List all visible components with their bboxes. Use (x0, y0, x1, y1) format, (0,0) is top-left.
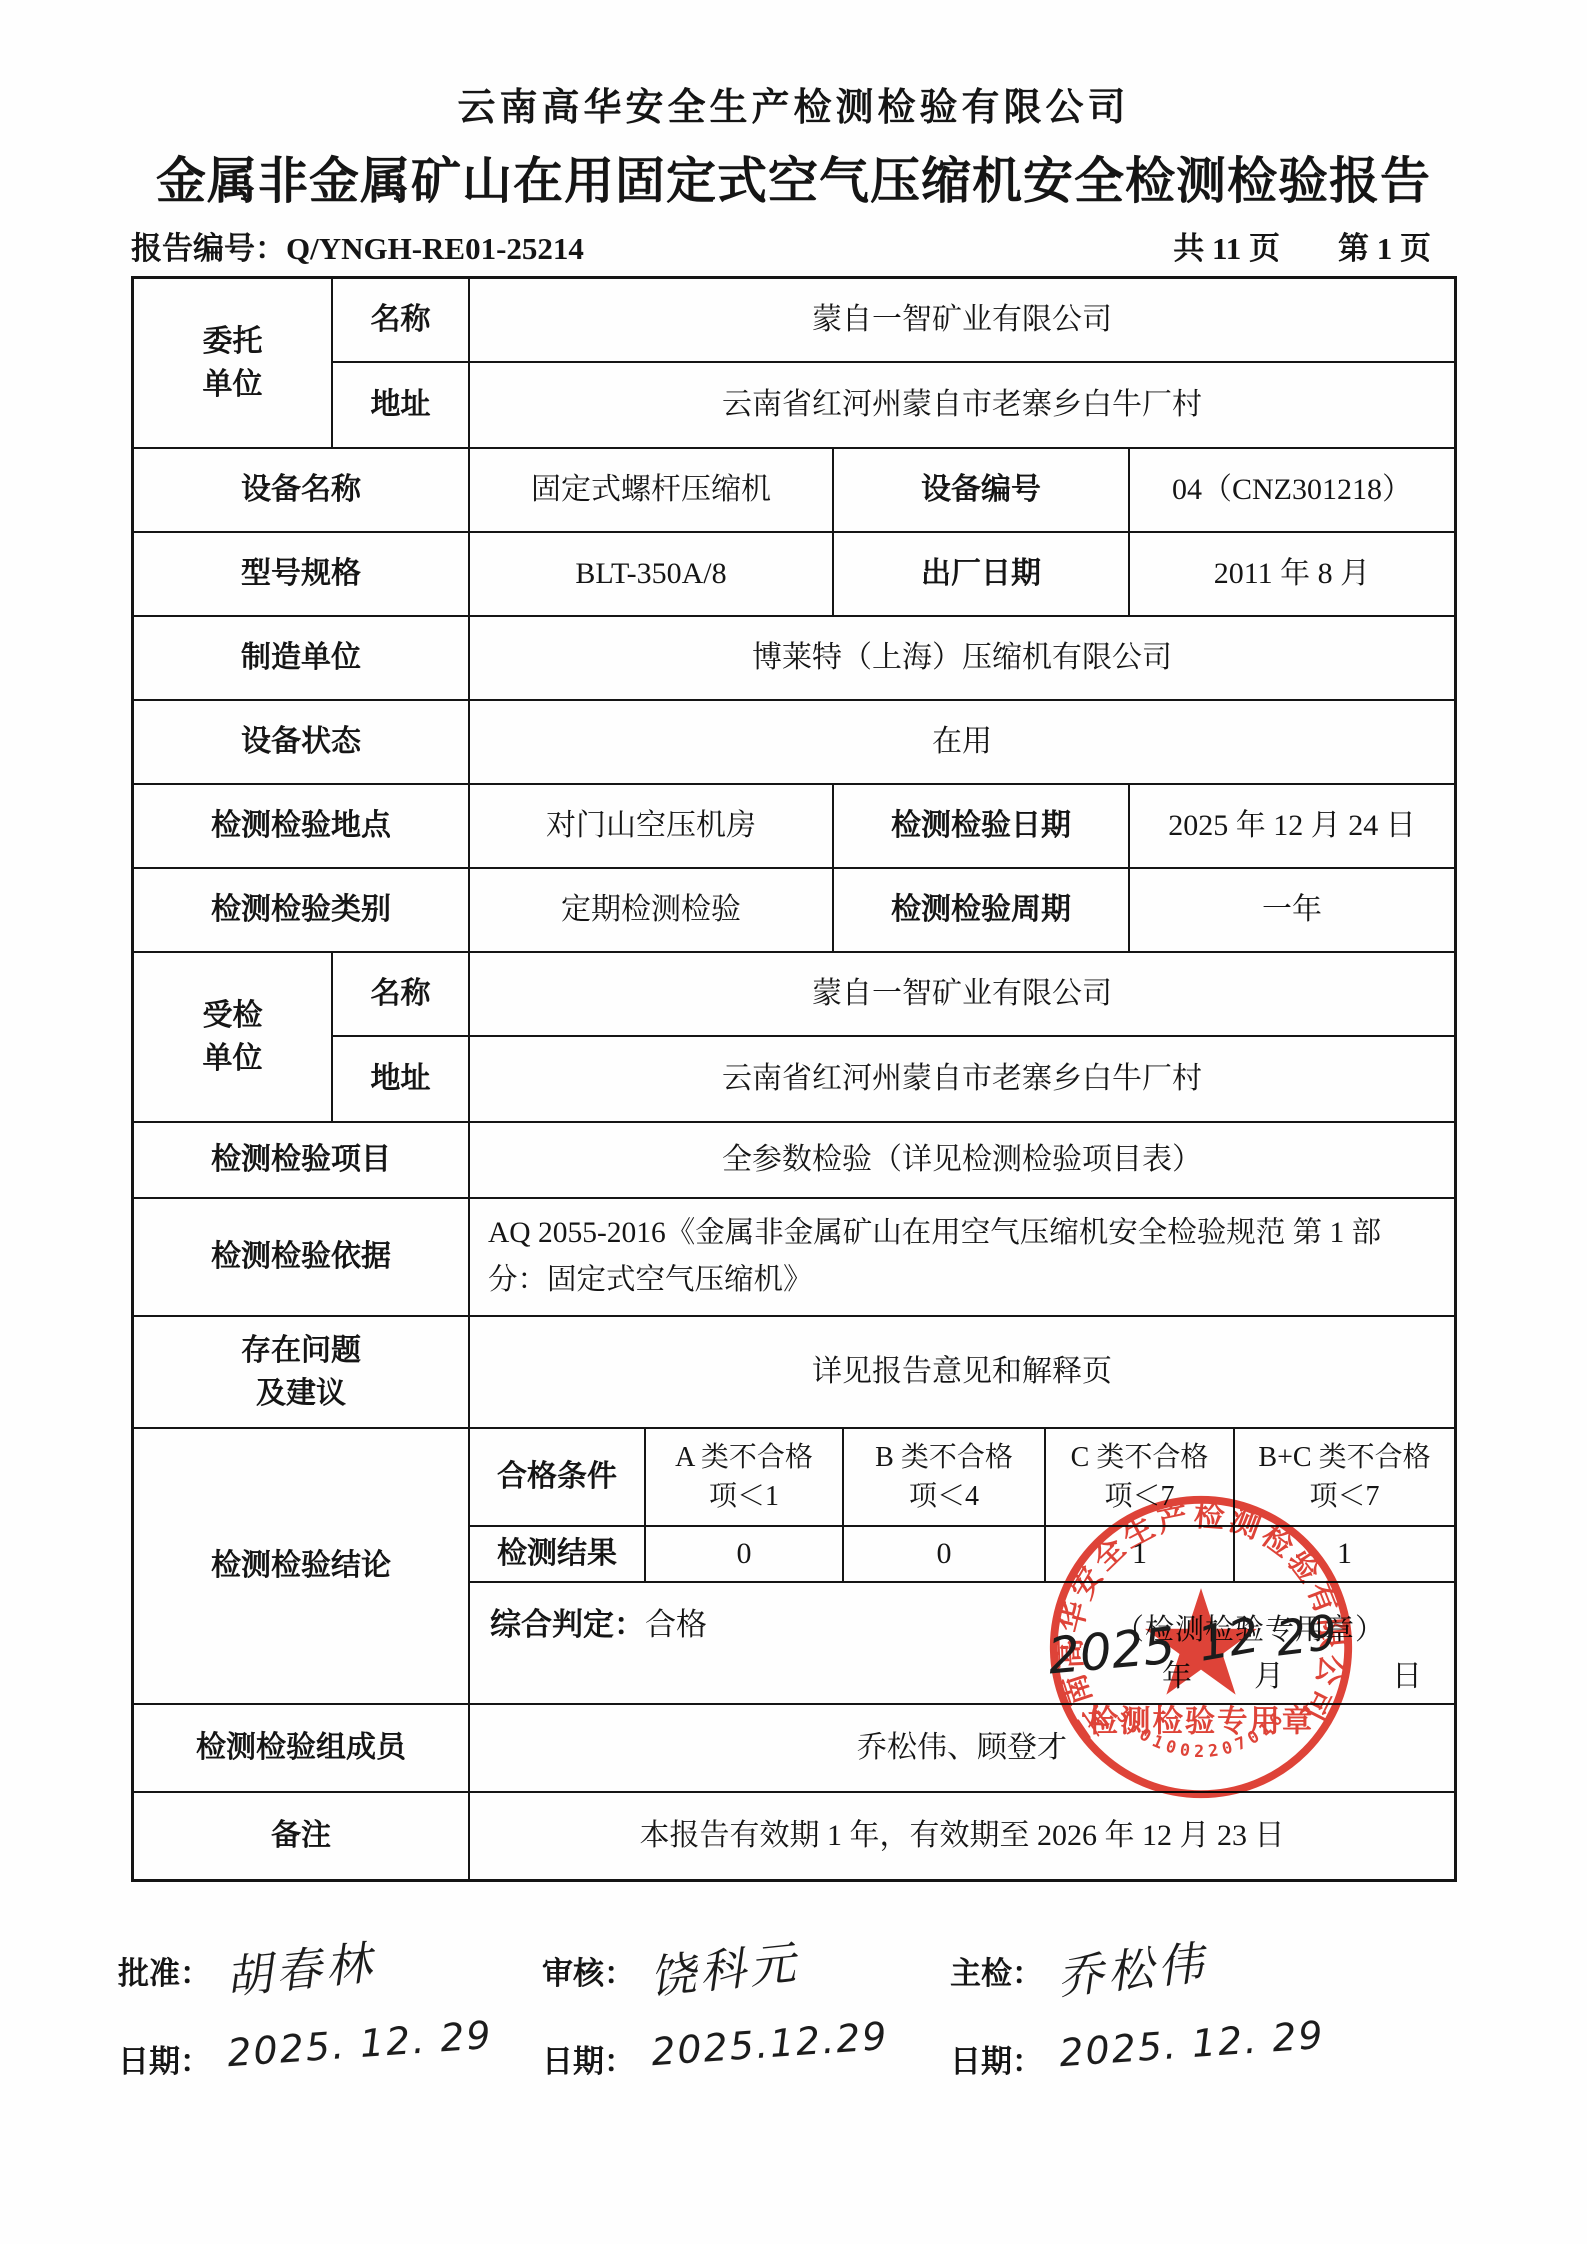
inspected-name-value: 蒙自一智矿业有限公司 (470, 953, 1454, 1035)
manufacturer-value: 博莱特（上海）压缩机有限公司 (470, 617, 1454, 699)
review-label: 审核： (542, 1934, 635, 1993)
status-value: 在用 (470, 701, 1454, 783)
approve-date-label: 日期： (118, 2022, 211, 2081)
inspected-addr-label: 地址 (333, 1037, 470, 1121)
client-name-value: 蒙自一智矿业有限公司 (470, 279, 1454, 361)
handwritten-month: 12 (1194, 1607, 1264, 1673)
row-remark: 备注 本报告有效期 1 年，有效期至 2026 年 12 月 23 日 (134, 1793, 1454, 1879)
device-no-label: 设备编号 (834, 449, 1130, 531)
total-pages: 共 11 页 (1173, 223, 1280, 268)
row-problems: 存在问题 及建议 详见报告意见和解释页 (134, 1317, 1454, 1429)
model-label: 型号规格 (134, 533, 470, 615)
basis-label: 检测检验依据 (134, 1199, 470, 1315)
row-items: 检测检验项目 全参数检验（详见检测检验项目表） (134, 1123, 1454, 1199)
row-inspected: 受检 单位 名称 蒙自一智矿业有限公司 地址 云南省红河州蒙自市老寨乡白牛厂村 (134, 953, 1454, 1123)
inspected-name-label: 名称 (333, 953, 470, 1035)
problems-label: 存在问题 及建议 (134, 1317, 470, 1427)
report-title: 金属非金属矿山在用固定式空气压缩机安全检测检验报告 (0, 141, 1587, 213)
client-addr-label: 地址 (333, 363, 470, 447)
chief-column: 主检： 乔松伟 日期： 2025. 12. 29 (950, 1934, 1587, 2081)
review-sign-row: 审核： 饶科元 (542, 1934, 950, 2022)
report-number: 报告编号：Q/YNGH-RE01-25214 (131, 223, 584, 268)
approve-sign-row: 批准： 胡春林 (118, 1934, 542, 2022)
result-class-b: 0 (844, 1527, 1046, 1581)
inspected-group-cells: 名称 蒙自一智矿业有限公司 地址 云南省红河州蒙自市老寨乡白牛厂村 (333, 953, 1454, 1121)
row-location: 检测检验地点 对门山空压机房 检测检验日期 2025 年 12 月 24 日 (134, 785, 1454, 869)
client-name-row: 名称 蒙自一智矿业有限公司 (333, 279, 1454, 363)
verdict-value: 合格 (645, 1607, 707, 1642)
model-value: BLT-350A/8 (470, 533, 834, 615)
report-number-label: 报告编号： (131, 231, 286, 266)
location-label: 检测检验地点 (134, 785, 470, 867)
device-name-label: 设备名称 (134, 449, 470, 531)
review-date-label: 日期： (542, 2022, 635, 2081)
mfg-date-value: 2011 年 8 月 (1130, 533, 1454, 615)
handwritten-day: 29 (1273, 1604, 1340, 1667)
location-value: 对门山空压机房 (470, 785, 834, 867)
condition-label: 合格条件 (470, 1429, 646, 1525)
seal-title: 检测检验专用章 (1088, 1703, 1315, 1738)
category-label: 检测检验类别 (134, 869, 470, 951)
row-client: 委托 单位 名称 蒙自一智矿业有限公司 地址 云南省红河州蒙自市老寨乡白牛厂村 (134, 279, 1454, 449)
condition-class-a: A 类不合格 项＜1 (646, 1429, 844, 1525)
chief-sign-row: 主检： 乔松伟 (950, 1934, 1587, 2022)
chief-date: 2025. 12. 29 (1058, 2013, 1326, 2075)
verdict-line: 综合判定：合格 (490, 1599, 707, 1644)
review-date: 2025.12.29 (650, 2014, 890, 2074)
items-value: 全参数检验（详见检测检验项目表） (470, 1123, 1454, 1197)
client-name-label: 名称 (333, 279, 470, 361)
client-addr-value: 云南省红河州蒙自市老寨乡白牛厂村 (470, 363, 1454, 447)
row-basis: 检测检验依据 AQ 2055-2016《金属非金属矿山在用空气压缩机安全检验规范… (134, 1199, 1454, 1317)
inspection-date-value: 2025 年 12 月 24 日 (1130, 785, 1454, 867)
row-device: 设备名称 固定式螺杆压缩机 设备编号 04（CNZ301218） (134, 449, 1454, 533)
verdict-label: 综合判定： (490, 1607, 645, 1642)
current-page: 第 1 页 (1338, 223, 1431, 268)
chief-label: 主检： (950, 1934, 1043, 1993)
approve-column: 批准： 胡春林 日期： 2025. 12. 29 (118, 1934, 542, 2081)
chief-date-label: 日期： (950, 2022, 1043, 2081)
row-category: 检测检验类别 定期检测检验 检测检验周期 一年 (134, 869, 1454, 953)
remark-label: 备注 (134, 1793, 470, 1879)
client-group-label: 委托 单位 (134, 279, 333, 447)
inspected-group-label: 受检 单位 (134, 953, 333, 1121)
basis-value: AQ 2055-2016《金属非金属矿山在用空气压缩机安全检验规范 第 1 部 … (470, 1199, 1454, 1315)
inspected-name-row: 名称 蒙自一智矿业有限公司 (333, 953, 1454, 1037)
review-column: 审核： 饶科元 日期： 2025.12.29 (542, 1934, 950, 2081)
cycle-value: 一年 (1130, 869, 1454, 951)
review-signature: 饶科元 (646, 1926, 802, 2007)
report-page: 云南高华安全生产检测检验有限公司 金属非金属矿山在用固定式空气压缩机安全检测检验… (0, 0, 1587, 2244)
approve-signature: 胡春林 (222, 1926, 378, 2007)
items-label: 检测检验项目 (134, 1123, 470, 1197)
result-class-a: 0 (646, 1527, 844, 1581)
remark-value: 本报告有效期 1 年，有效期至 2026 年 12 月 23 日 (470, 1793, 1454, 1879)
status-label: 设备状态 (134, 701, 470, 783)
report-meta-line: 报告编号：Q/YNGH-RE01-25214 共 11 页 第 1 页 (131, 223, 1457, 268)
device-name-value: 固定式螺杆压缩机 (470, 449, 834, 531)
conclusion-label: 检测检验结论 (134, 1429, 470, 1703)
date-unit-day: 日 (1392, 1660, 1422, 1693)
row-status: 设备状态 在用 (134, 701, 1454, 785)
condition-class-b: B 类不合格 项＜4 (844, 1429, 1046, 1525)
mfg-date-label: 出厂日期 (834, 533, 1130, 615)
row-model: 型号规格 BLT-350A/8 出厂日期 2011 年 8 月 (134, 533, 1454, 617)
category-value: 定期检测检验 (470, 869, 834, 951)
company-name: 云南高华安全生产检测检验有限公司 (0, 0, 1587, 131)
review-date-row: 日期： 2025.12.29 (542, 2022, 950, 2081)
handwritten-year: 2025 (1046, 1617, 1178, 1686)
manufacturer-label: 制造单位 (134, 617, 470, 699)
device-no-value: 04（CNZ301218） (1130, 449, 1454, 531)
approve-date: 2025. 12. 29 (226, 2013, 494, 2075)
client-addr-row: 地址 云南省红河州蒙自市老寨乡白牛厂村 (333, 363, 1454, 447)
inspection-date-label: 检测检验日期 (834, 785, 1130, 867)
inspected-addr-row: 地址 云南省红河州蒙自市老寨乡白牛厂村 (333, 1037, 1454, 1121)
client-group-cells: 名称 蒙自一智矿业有限公司 地址 云南省红河州蒙自市老寨乡白牛厂村 (333, 279, 1454, 447)
signature-block: 批准： 胡春林 日期： 2025. 12. 29 审核： 饶科元 日期： 202… (118, 1934, 1587, 2081)
approve-date-row: 日期： 2025. 12. 29 (118, 2022, 542, 2081)
report-number-value: Q/YNGH-RE01-25214 (286, 231, 584, 266)
problems-value: 详见报告意见和解释页 (470, 1317, 1454, 1427)
members-label: 检测检验组成员 (134, 1705, 470, 1791)
approve-label: 批准： (118, 1934, 211, 1993)
cycle-label: 检测检验周期 (834, 869, 1130, 951)
chief-signature: 乔松伟 (1054, 1926, 1210, 2007)
inspected-addr-value: 云南省红河州蒙自市老寨乡白牛厂村 (470, 1037, 1454, 1121)
chief-date-row: 日期： 2025. 12. 29 (950, 2022, 1587, 2081)
result-label: 检测结果 (470, 1527, 646, 1581)
page-indicator: 共 11 页 第 1 页 (1173, 223, 1457, 268)
row-manufacturer: 制造单位 博莱特（上海）压缩机有限公司 (134, 617, 1454, 701)
